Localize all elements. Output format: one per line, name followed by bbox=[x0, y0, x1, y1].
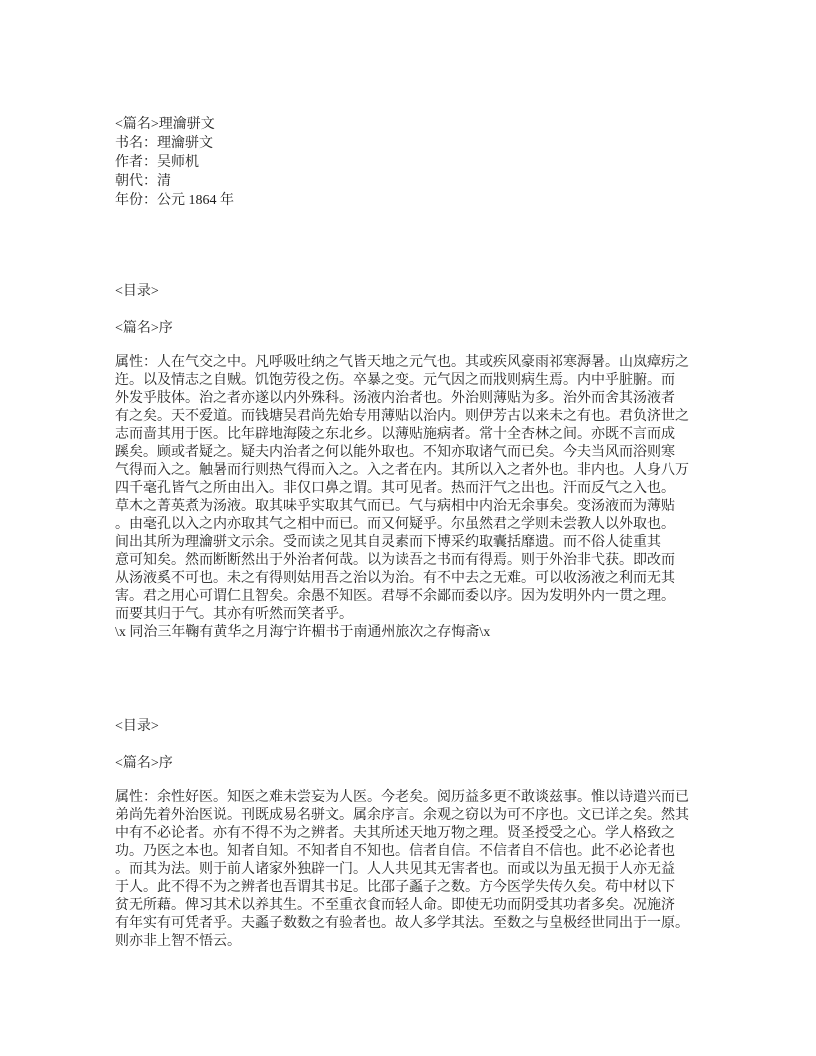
section-title-1: <篇名>序 bbox=[115, 320, 755, 338]
text-line: 迕。以及情志之自贼。饥饱劳役之伤。卒暴之变。元气因之而戕则病生焉。内中乎脏腑。而 bbox=[115, 372, 755, 390]
preface-2-body: 属性：余性好医。知医之难未尝妄为人医。今老矣。阅历益多更不敢谈兹事。惟以诗遣兴而… bbox=[115, 789, 755, 951]
text-line: 。由毫孔以入之内亦取其气之相中而已。而又何疑乎。尔虽然君之学则未尝教人以外取也。 bbox=[115, 516, 755, 534]
book-metadata: <篇名>理瀹骈文书名：理瀹骈文作者：吴师机朝代：清年份：公元 1864 年 bbox=[115, 115, 755, 210]
text-line: 意可知矣。然而断断然出于外治者何哉。以为读吾之书而有得焉。则于外治非弋获。即改而 bbox=[115, 552, 755, 570]
text-line: 气得而入之。触暑而行则热气得而入之。入之者在内。其所以入之者外也。非内也。人身八… bbox=[115, 462, 755, 480]
text-line: 从汤液奚不可也。未之有得则姑用吾之治以为治。有不中去之无难。可以收汤液之利而无其 bbox=[115, 570, 755, 588]
document-page: <篇名>理瀹骈文书名：理瀹骈文作者：吴师机朝代：清年份：公元 1864 年 <目… bbox=[0, 0, 816, 1056]
text-line: 功。乃医之本也。知者自知。不知者自不知也。信者自信。不信者自不信也。此不必论者也 bbox=[115, 843, 755, 861]
text-line: 害。君之用心可谓仁且智矣。余愚不知医。君辱不余鄙而委以序。因为发明外内一贯之理。 bbox=[115, 588, 755, 606]
text-line: 外发乎肢体。治之者亦遂以内外殊科。汤液内治者也。外治则薄贴为多。治外而舍其汤液者 bbox=[115, 390, 755, 408]
text-line: 书名：理瀹骈文 bbox=[115, 134, 755, 153]
text-line: 。而其为法。则于前人诸家外独辟一门。人人共见其无害者也。而或以为虽无损于人亦无益 bbox=[115, 861, 755, 879]
text-line: 草木之菁英煮为汤液。取其味乎实取其气而已。气与病相中内治无余事矣。变汤液而为薄贴 bbox=[115, 498, 755, 516]
toc-tag-1: <目录> bbox=[115, 283, 755, 301]
text-line: 志而啬其用于医。比年辟地海陵之东北乡。以薄贴施病者。常十全杏林之间。亦既不言而成 bbox=[115, 426, 755, 444]
text-line: 则亦非上智不悟云。 bbox=[115, 933, 755, 951]
text-line: 中有不必论者。亦有不得不为之辨者。夫其所述天地万物之理。贤圣授受之心。学人格致之 bbox=[115, 825, 755, 843]
text-line: 四千毫孔皆气之所由出入。非仅口鼻之谓。其可见者。热而汗气之出也。汗而反气之入也。 bbox=[115, 480, 755, 498]
text-line: 年份：公元 1864 年 bbox=[115, 191, 755, 210]
text-line: 间出其所为理瀹骈文示余。受而读之见其自灵素而下博采约取囊括靡遗。而不俗人徒重其 bbox=[115, 534, 755, 552]
text-line: <篇名>理瀹骈文 bbox=[115, 115, 755, 134]
text-line: 贫无所藉。俾习其术以养其生。不至重衣食而轻人命。即使无功而阴受其功者多矣。况施济 bbox=[115, 897, 755, 915]
text-line: 属性：余性好医。知医之难未尝妄为人医。今老矣。阅历益多更不敢谈兹事。惟以诗遣兴而… bbox=[115, 789, 755, 807]
text-line: 弟尚先着外治医说。刊既成易名骈文。属余序言。余观之窃以为可不序也。文已详之矣。然… bbox=[115, 807, 755, 825]
text-line: 蹊矣。顾或者疑之。疑夫内治者之何以能外取也。不知亦取诸气而已矣。今夫当风而浴则寒 bbox=[115, 444, 755, 462]
text-line: 有年实有可凭者乎。夫蟸子数数之有验者也。故人多学其法。至数之与皇极经世同出于一原… bbox=[115, 915, 755, 933]
text-line: \x 同治三年鞠有黄华之月海宁许楣书于南通州旅次之存悔斋\x bbox=[115, 624, 755, 642]
text-line: 属性：人在气交之中。凡呼吸吐纳之气皆天地之元气也。其或疾风豪雨祁寒溽暑。山岚瘴疠… bbox=[115, 354, 755, 372]
text-line: 有之矣。天不爱道。而钱塘吴君尚先始专用薄贴以治内。则伊芳古以来未之有也。君负济世… bbox=[115, 408, 755, 426]
preface-1-body: 属性：人在气交之中。凡呼吸吐纳之气皆天地之元气也。其或疾风豪雨祁寒溽暑。山岚瘴疠… bbox=[115, 354, 755, 642]
text-line: 作者：吴师机 bbox=[115, 153, 755, 172]
section-title-2: <篇名>序 bbox=[115, 755, 755, 773]
text-line: 于人。此不得不为之辨者也吾谓其书足。比邵子蟸子之数。方今医学失传久矣。苟中材以下 bbox=[115, 879, 755, 897]
toc-tag-2: <目录> bbox=[115, 718, 755, 736]
text-line: 朝代：清 bbox=[115, 172, 755, 191]
text-line: 而要其归于气。其亦有听然而笑者乎。 bbox=[115, 606, 755, 624]
